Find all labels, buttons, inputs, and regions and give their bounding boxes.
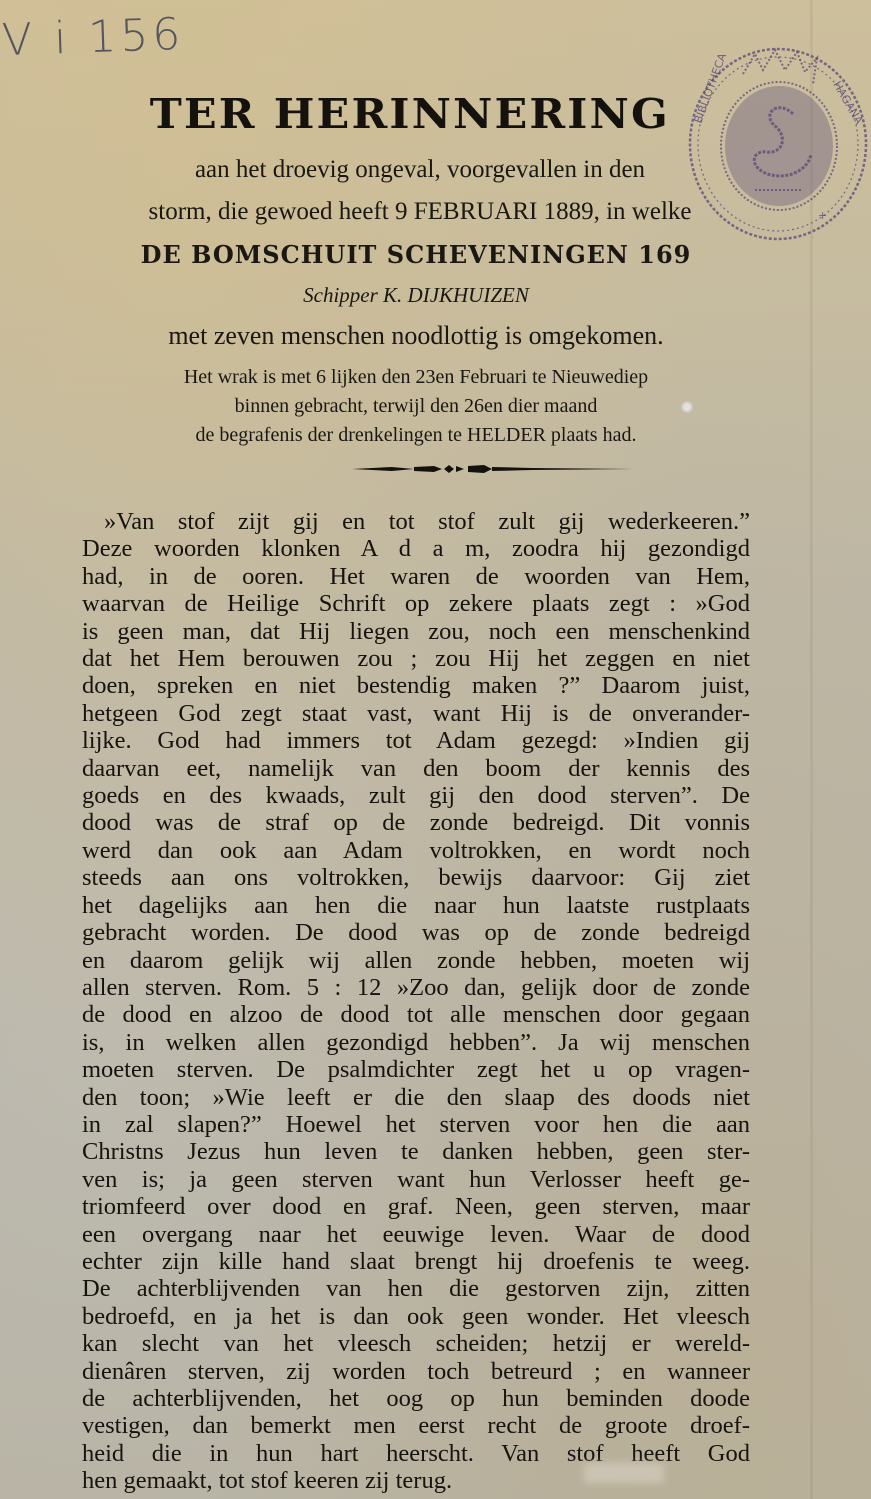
text-line: een overgang naar het eeuwige leven. Waa… [82, 1221, 750, 1248]
text-line: het dagelijks aan hen die naar hun laats… [82, 892, 750, 919]
text-line: Christns Jezus hun leven te danken hebbe… [82, 1138, 750, 1165]
text-line: gebracht worden. De dood was op de zonde… [82, 919, 750, 946]
text-line: de dood en alzoo de dood tot alle mensch… [82, 1001, 750, 1028]
text-line: moeten sterven. De psalmdichter zegt het… [82, 1056, 750, 1083]
subtitle-line-1: aan het droevig ongeval, voorgevallen in… [20, 156, 820, 184]
text-line: is geen man, dat Hij liegen zou, noch ee… [82, 618, 750, 645]
text-line: »Van stof zijt gij en tot stof zult gij … [82, 508, 750, 535]
text-line: steeds aan ons voltrokken, bewijs daarvo… [82, 864, 750, 891]
text-line: daarvan eet, namelijk van den boom der k… [82, 755, 750, 782]
skipper-name: Schipper K. DIJKHUIZEN [0, 283, 832, 308]
text-line: triomfeerd over dood en graf. Neen, geen… [82, 1193, 750, 1220]
notice-line-3: de begrafenis der drenkelingen te HELDER… [0, 424, 832, 447]
text-line: de achterblijvenden, het oog op hun bemi… [82, 1385, 750, 1412]
text-line: kan slecht van het vleesch scheiden; het… [82, 1330, 750, 1357]
text-line: vestigen, dan bemerkt men eerst recht de… [82, 1412, 750, 1439]
text-line: in zal slapen?” Hoewel het sterven voor … [82, 1111, 750, 1138]
text-line: bedroefd, en ja het is dan ook geen wond… [82, 1303, 750, 1330]
ornamental-rule-icon [352, 462, 634, 476]
text-line: dood was de straf op de zonde bedreigd. … [82, 809, 750, 836]
text-line: had, in de ooren. Het waren de woorden v… [82, 563, 750, 590]
text-line: allen sterven. Rom. 5 : 12 »Zoo dan, gel… [82, 974, 750, 1001]
text-line: doen, spreken en niet bestendig maken ?”… [82, 672, 750, 699]
text-line: hetgeen God zegt staat vast, want Hij is… [82, 700, 750, 727]
text-line: echter zijn kille hand slaat brengt hij … [82, 1248, 750, 1275]
shelfmark-annotation: V i 156 [1, 9, 185, 66]
text-line: De achterblijvenden van hen die gestorve… [82, 1275, 750, 1302]
text-line: waarvan de Heilige Schrift op zekere pla… [82, 590, 750, 617]
text-line: dienâren sterven, zij worden toch betreu… [82, 1358, 750, 1385]
text-line: Deze woorden klonken A d a m, zoodra hij… [82, 535, 750, 562]
text-line: den toon; »Wie leeft er die den slaap de… [82, 1084, 750, 1111]
subtitle-line-2: storm, die gewoed heeft 9 FEBRUARI 1889,… [20, 198, 820, 226]
text-line: werd dan ook aan Adam voltrokken, en wor… [82, 837, 750, 864]
document-title: TER HERINNERING [0, 90, 840, 138]
text-line: is, in welken allen gezondigd hebben”. J… [82, 1029, 750, 1056]
paper-smudge [584, 1463, 664, 1483]
notice-line-2: binnen gebracht, terwijl den 26en dier m… [0, 395, 832, 418]
text-line: lijke. God had immers tot Adam gezegd: »… [82, 727, 750, 754]
text-line: en daarom gelijk wij allen zonde hebben,… [82, 947, 750, 974]
notice-line-1: Het wrak is met 6 lijken den 23en Februa… [0, 366, 832, 389]
text-line: ven is; ja geen sterven want hun Verloss… [82, 1166, 750, 1193]
vessel-name: DE BOMSCHUIT SCHEVENINGEN 169 [0, 240, 832, 269]
text-line: goeds en des kwaads, zult gij den dood s… [82, 782, 750, 809]
text-line: dat het Hem berouwen zou ; zou Hij het z… [82, 645, 750, 672]
paper-spot [682, 402, 692, 412]
casualty-line: met zeven menschen noodlottig is omgekom… [0, 321, 832, 351]
memorial-text: »Van stof zijt gij en tot stof zult gij … [82, 508, 750, 1495]
